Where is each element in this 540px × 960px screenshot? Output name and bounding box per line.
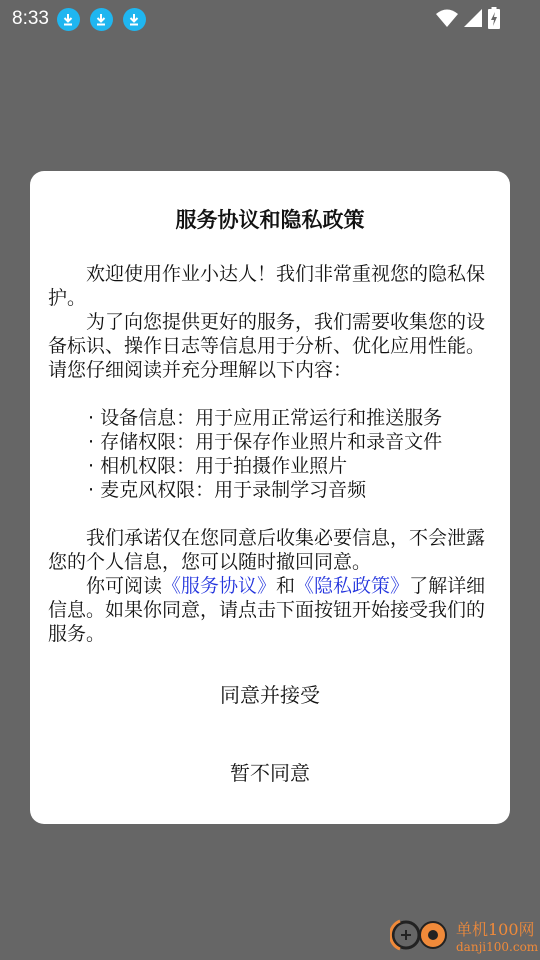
watermark-url: danji100.com <box>456 940 538 954</box>
links-paragraph: 你可阅读《服务协议》和《隐私政策》了解详细信息。如果你同意，请点击下面按钮开始接… <box>48 574 492 646</box>
agree-button[interactable]: 同意并接受 <box>30 679 510 708</box>
watermark-logo-icon <box>390 915 450 955</box>
promise-paragraph: 我们承诺仅在您同意后收集必要信息，不会泄露您的个人信息，您可以随时撤回同意。 <box>48 526 492 574</box>
status-time: 8:33 <box>12 8 49 30</box>
service-agreement-link[interactable]: 《服务协议》 <box>162 575 276 597</box>
permission-item: · 麦克风权限：用于录制学习音频 <box>48 478 492 502</box>
and-text: 和 <box>276 575 295 597</box>
disagree-button[interactable]: 暂不同意 <box>30 757 510 786</box>
read-prefix: 你可阅读 <box>86 575 162 597</box>
wifi-icon <box>436 9 458 27</box>
privacy-policy-link[interactable]: 《隐私政策》 <box>295 575 409 597</box>
watermark-name: 单机100网 <box>456 917 538 940</box>
status-icons <box>436 7 500 29</box>
download-icon <box>90 8 113 31</box>
dialog-body: 欢迎使用作业小达人！我们非常重视您的隐私保护。 为了向您提供更好的服务，我们需要… <box>48 262 492 646</box>
watermark: 单机100网 danji100.com <box>390 910 540 960</box>
intro-paragraph-1: 欢迎使用作业小达人！我们非常重视您的隐私保护。 <box>48 262 492 310</box>
intro-paragraph-2: 为了向您提供更好的服务，我们需要收集您的设备标识、操作日志等信息用于分析、优化应… <box>48 310 492 382</box>
battery-charging-icon <box>488 7 500 29</box>
download-icon <box>57 8 80 31</box>
permission-item: · 存储权限：用于保存作业照片和录音文件 <box>48 430 492 454</box>
signal-icon <box>464 9 482 27</box>
permission-item: · 相机权限：用于拍摄作业照片 <box>48 454 492 478</box>
download-icon <box>123 8 146 31</box>
permission-item: · 设备信息：用于应用正常运行和推送服务 <box>48 406 492 430</box>
dialog-title: 服务协议和隐私政策 <box>30 204 510 234</box>
status-bar: 8:33 <box>0 0 540 38</box>
privacy-dialog: 服务协议和隐私政策 欢迎使用作业小达人！我们非常重视您的隐私保护。 为了向您提供… <box>30 171 510 824</box>
